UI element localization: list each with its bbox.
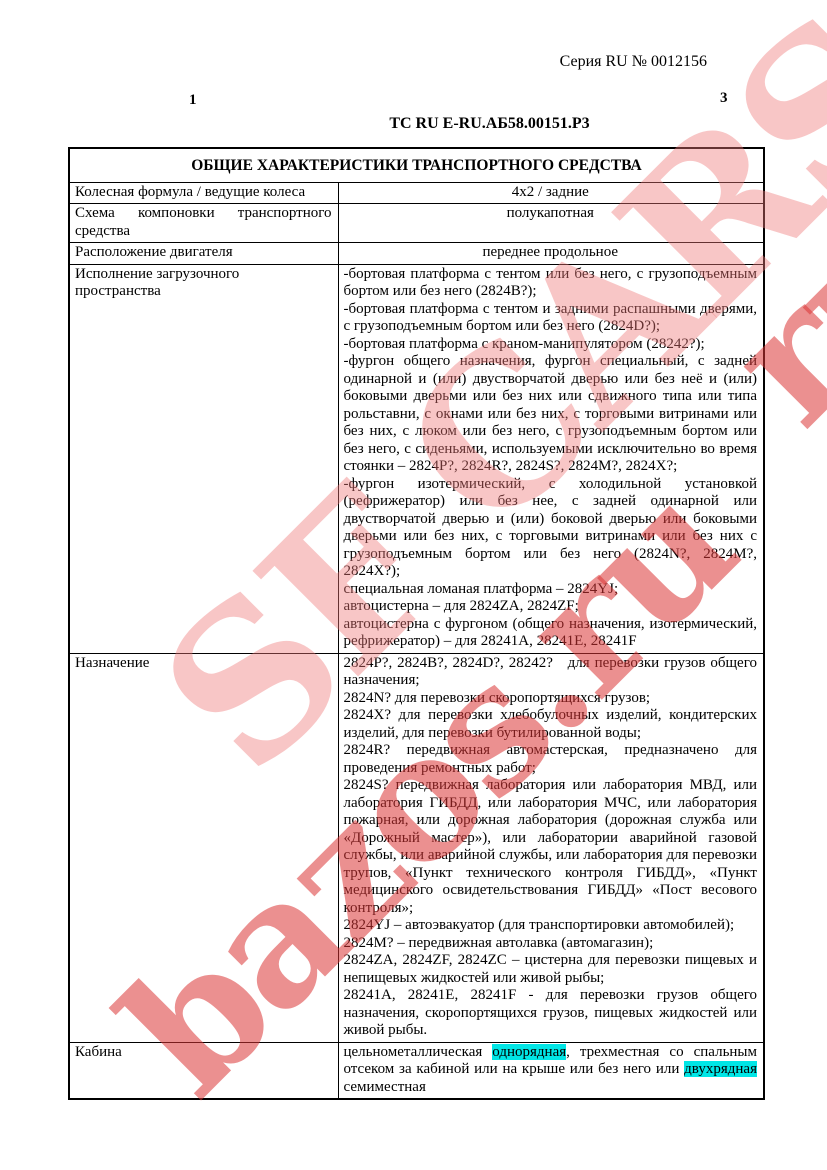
row-value: полукапотная xyxy=(338,204,764,243)
row-value: 2824P?, 2824B?, 2824D?, 28242? для перев… xyxy=(338,653,764,1042)
row-value: 4х2 / задние xyxy=(338,182,764,204)
value-paragraph: -бортовая платформа с краном-манипулятор… xyxy=(344,336,758,354)
table-row-layout-scheme: Схема компоновки транспортного средства … xyxy=(69,204,764,243)
value-paragraph: 2824YJ – автоэвакуатор (для транспортиро… xyxy=(344,917,758,935)
row-label: Исполнение загрузочного пространства xyxy=(69,264,338,653)
highlighted-text: двухрядная xyxy=(684,1061,757,1077)
general-characteristics-table: ОБЩИЕ ХАРАКТЕРИСТИКИ ТРАНСПОРТНОГО СРЕДС… xyxy=(68,147,765,1100)
table-row-cargo-space: Исполнение загрузочного пространства -бо… xyxy=(69,264,764,653)
value-paragraph: 2824P?, 2824B?, 2824D?, 28242? для перев… xyxy=(344,655,758,690)
page-number-left: 1 xyxy=(189,92,197,109)
value-paragraph: 2824S? передвижная лаборатория или лабор… xyxy=(344,777,758,917)
table-header-row: ОБЩИЕ ХАРАКТЕРИСТИКИ ТРАНСПОРТНОГО СРЕДС… xyxy=(69,148,764,182)
value-paragraph: 2824M? – передвижная автолавка (автомага… xyxy=(344,935,758,953)
plain-text: семиместная xyxy=(344,1079,426,1095)
row-label: Колесная формула / ведущие колеса xyxy=(69,182,338,204)
row-value: -бортовая платформа с тентом или без нег… xyxy=(338,264,764,653)
table-row-purpose: Назначение 2824P?, 2824B?, 2824D?, 28242… xyxy=(69,653,764,1042)
value-paragraph: 2824X? для перевозки хлебобулочных издел… xyxy=(344,707,758,742)
value-paragraph: -фургон изотермический, с холодильной ус… xyxy=(344,476,758,581)
highlighted-text: однорядная xyxy=(492,1044,566,1060)
table-row-cab: Кабина цельнометаллическая однорядная, т… xyxy=(69,1042,764,1099)
value-paragraph: 2824N? для перевозки скоропортящихся гру… xyxy=(344,690,758,708)
value-paragraph: автоцистерна – для 2824ZA, 2824ZF; xyxy=(344,598,758,616)
series-number: Серия RU № 0012156 xyxy=(560,53,707,71)
plain-text: цельнометаллическая xyxy=(344,1044,493,1060)
approval-number-title: ТС RU E-RU.АБ58.00151.Р3 xyxy=(152,115,827,133)
page-number-right: 3 xyxy=(720,90,728,107)
value-paragraph: -фургон общего назначения, фургон специа… xyxy=(344,353,758,476)
value-paragraph: 2824R? передвижная автомастерская, предн… xyxy=(344,742,758,777)
table-title: ОБЩИЕ ХАРАКТЕРИСТИКИ ТРАНСПОРТНОГО СРЕДС… xyxy=(69,148,764,182)
value-paragraph: специальная ломаная платформа – 2824YJ; xyxy=(344,581,758,599)
value-paragraph: -бортовая платформа с тентом и задними р… xyxy=(344,301,758,336)
table-row-wheel-formula: Колесная формула / ведущие колеса 4х2 / … xyxy=(69,182,764,204)
value-paragraph: -бортовая платформа с тентом или без нег… xyxy=(344,266,758,301)
scanned-document-page: { "page": { "series_label": "Серия RU № … xyxy=(0,0,827,1170)
value-paragraph: автоцистерна с фургоном (общего назначен… xyxy=(344,616,758,651)
row-label: Назначение xyxy=(69,653,338,1042)
row-label: Расположение двигателя xyxy=(69,243,338,265)
row-label: Схема компоновки транспортного средства xyxy=(69,204,338,243)
value-paragraph: 28241А, 28241Е, 28241F - для перевозки г… xyxy=(344,987,758,1040)
table-row-engine-location: Расположение двигателя переднее продольн… xyxy=(69,243,764,265)
row-label: Кабина xyxy=(69,1042,338,1099)
value-paragraph: 2824ZA, 2824ZF, 2824ZC – цистерна для пе… xyxy=(344,952,758,987)
row-value: переднее продольное xyxy=(338,243,764,265)
row-value: цельнометаллическая однорядная, трехмест… xyxy=(338,1042,764,1099)
